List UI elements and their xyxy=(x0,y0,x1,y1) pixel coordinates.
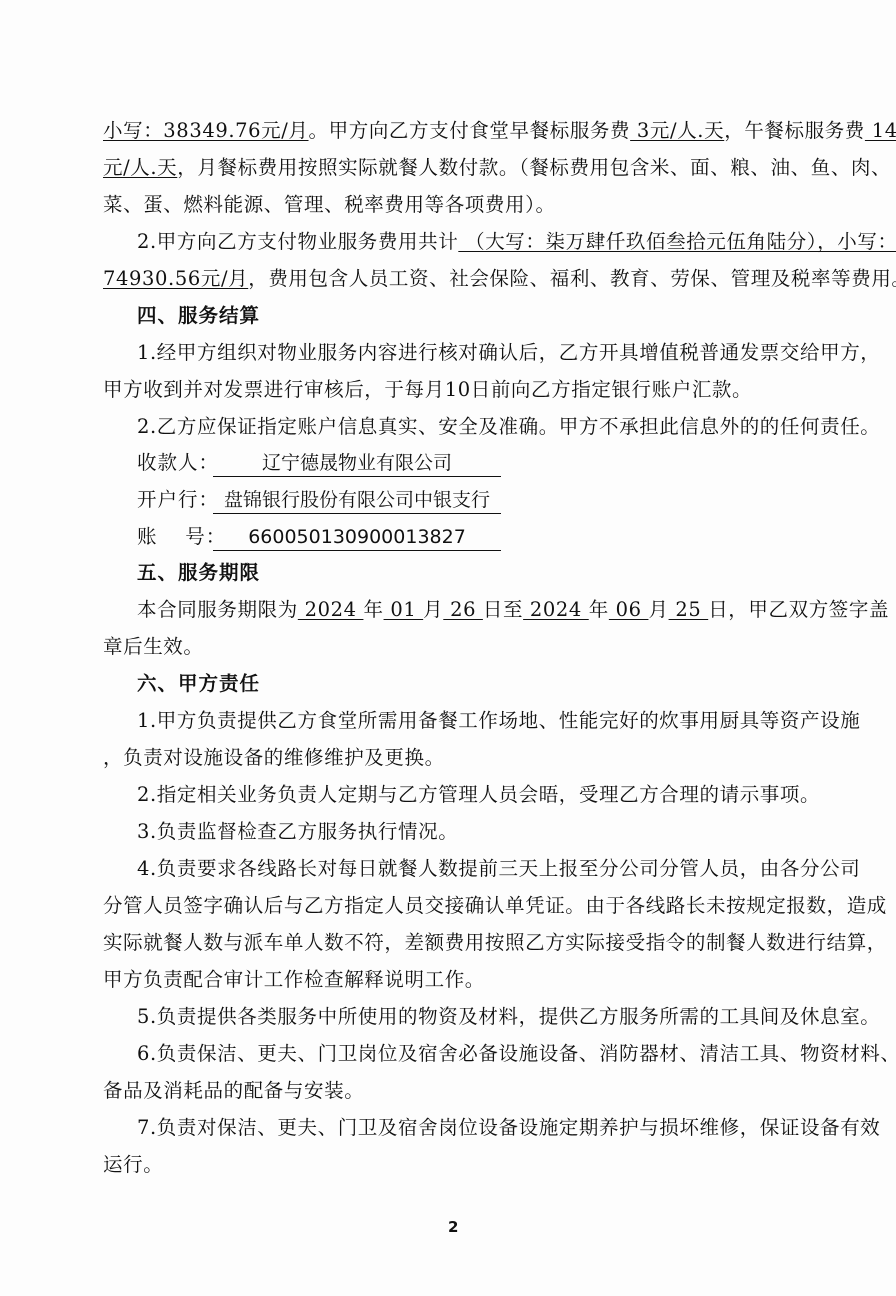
text: 日，甲乙双方签字盖 xyxy=(708,598,889,621)
party-a-item-1-line-2: ，负责对设施设备的维修维护及更换。 xyxy=(103,745,445,771)
text: 年 xyxy=(589,598,609,621)
text: ，午餐标服务费 xyxy=(724,119,865,142)
text: ，月餐标费用按照实际就餐人数付款。（餐标费用包含米、面、粮、油、鱼、肉、 xyxy=(177,156,891,179)
contract-page: 小写：38349.76元/月。甲方向乙方支付食堂早餐标服务费 3元/人.天，午餐… xyxy=(0,0,896,1296)
section-heading-party-a: 六、甲方责任 xyxy=(137,671,260,697)
bank-value: 盘锦银行股份有限公司中银支行 xyxy=(213,487,501,514)
start-day: 26 xyxy=(443,598,483,621)
party-a-item-6-line-1: 6.负责保洁、更夫、门卫岗位及宿舍必备设施设备、消防器材、清洁工具、物资材料、 xyxy=(137,1041,896,1067)
page-number: 2 xyxy=(448,1218,458,1236)
bank-label: 开户行： xyxy=(137,487,219,513)
text: 月 xyxy=(648,598,668,621)
text: 日至 xyxy=(483,598,523,621)
text: 年 xyxy=(363,598,383,621)
payee-label: 收款人： xyxy=(137,450,219,476)
settlement-item-1-line-1: 1.经甲方组织对物业服务内容进行核对确认后，乙方开具增值税普通发票交给甲方， xyxy=(137,340,880,366)
text: 本合同服务期限为 xyxy=(137,598,298,621)
text: 月 xyxy=(423,598,443,621)
party-a-item-4-line-4: 甲方负责配合审计工作检查解释说明工作。 xyxy=(103,967,485,993)
party-a-item-4-line-1: 4.负责要求各线路长对每日就餐人数提前三天上报至分公司分管人员，由各分公司 xyxy=(137,856,860,882)
fee-line-3: 菜、蛋、燃料能源、管理、税率费用等各项费用）。 xyxy=(103,192,556,218)
property-fee-amount: 74930.56元/月 xyxy=(103,267,248,290)
party-a-item-4-line-3: 实际就餐人数与派车单人数不符，差额费用按照乙方实际接受指令的制餐人数进行结算， xyxy=(103,930,887,956)
property-fee-line-1: 2.甲方向乙方支付物业服务费用共计 （大写：柒万肆仟玖佰叁拾元伍角陆分），小写： xyxy=(137,229,896,255)
section-heading-settlement: 四、服务结算 xyxy=(137,303,260,329)
party-a-item-7-line-2: 运行。 xyxy=(103,1152,163,1178)
text: 。甲方向乙方支付食堂早餐标服务费 xyxy=(309,119,631,142)
property-fee-capital: （大写：柒万肆仟玖佰叁拾元伍角陆分），小写： xyxy=(458,230,896,253)
fee-line-1: 小写：38349.76元/月。甲方向乙方支付食堂早餐标服务费 3元/人.天，午餐… xyxy=(103,118,896,144)
account-value: 660050130900013827 xyxy=(213,524,501,551)
start-month: 01 xyxy=(384,598,424,621)
end-day: 25 xyxy=(669,598,709,621)
party-a-item-4-line-2: 分管人员签字确认后与乙方指定人员交接确认单凭证。由于各线路长未按规定报数，造成 xyxy=(103,893,887,919)
party-a-item-6-line-2: 备品及消耗品的配备与安装。 xyxy=(103,1078,364,1104)
party-a-item-2: 2.指定相关业务负责人定期与乙方管理人员会晤，受理乙方合理的请示事项。 xyxy=(137,782,820,808)
party-a-item-1-line-1: 1.甲方负责提供乙方食堂所需用备餐工作场地、性能完好的炊事用厨具等资产设施 xyxy=(137,708,860,734)
end-month: 06 xyxy=(609,598,649,621)
monthly-meal-amount: 小写：38349.76元/月 xyxy=(103,119,309,142)
term-line-1: 本合同服务期限为 2024 年 01 月 26 日至 2024 年 06 月 2… xyxy=(137,597,889,623)
party-a-item-5: 5.负责提供各类服务中所使用的物资及材料，提供乙方服务所需的工具间及休息室。 xyxy=(137,1004,880,1030)
section-heading-term: 五、服务期限 xyxy=(137,560,260,586)
property-fee-line-2: 74930.56元/月，费用包含人员工资、社会保险、福利、教育、劳保、管理及税率… xyxy=(103,266,896,292)
start-year: 2024 xyxy=(298,598,364,621)
party-a-item-3: 3.负责监督检查乙方服务执行情况。 xyxy=(137,819,458,845)
settlement-item-2: 2.乙方应保证指定账户信息真实、安全及准确。甲方不承担此信息外的的任何责任。 xyxy=(137,414,880,440)
payee-value: 辽宁德晟物业有限公司 xyxy=(213,450,501,477)
party-a-item-7-line-1: 7.负责对保洁、更夫、门卫及宿舍岗位设备设施定期养护与损坏维修，保证设备有效 xyxy=(137,1115,880,1141)
end-year: 2024 xyxy=(523,598,589,621)
breakfast-rate: 3元/人.天 xyxy=(630,119,724,142)
term-line-2: 章后生效。 xyxy=(103,634,204,660)
lunch-rate-unit: 元/人.天 xyxy=(103,156,177,179)
fee-line-2: 元/人.天，月餐标费用按照实际就餐人数付款。（餐标费用包含米、面、粮、油、鱼、肉… xyxy=(103,155,891,181)
text: ，费用包含人员工资、社会保险、福利、教育、劳保、管理及税率等费用。 xyxy=(248,267,896,290)
lunch-rate: 14 xyxy=(865,119,896,142)
text: 2.甲方向乙方支付物业服务费用共计 xyxy=(137,230,458,253)
settlement-item-1-line-2: 甲方收到并对发票进行审核后，于每月10日前向乙方指定银行账户汇款。 xyxy=(103,377,752,403)
